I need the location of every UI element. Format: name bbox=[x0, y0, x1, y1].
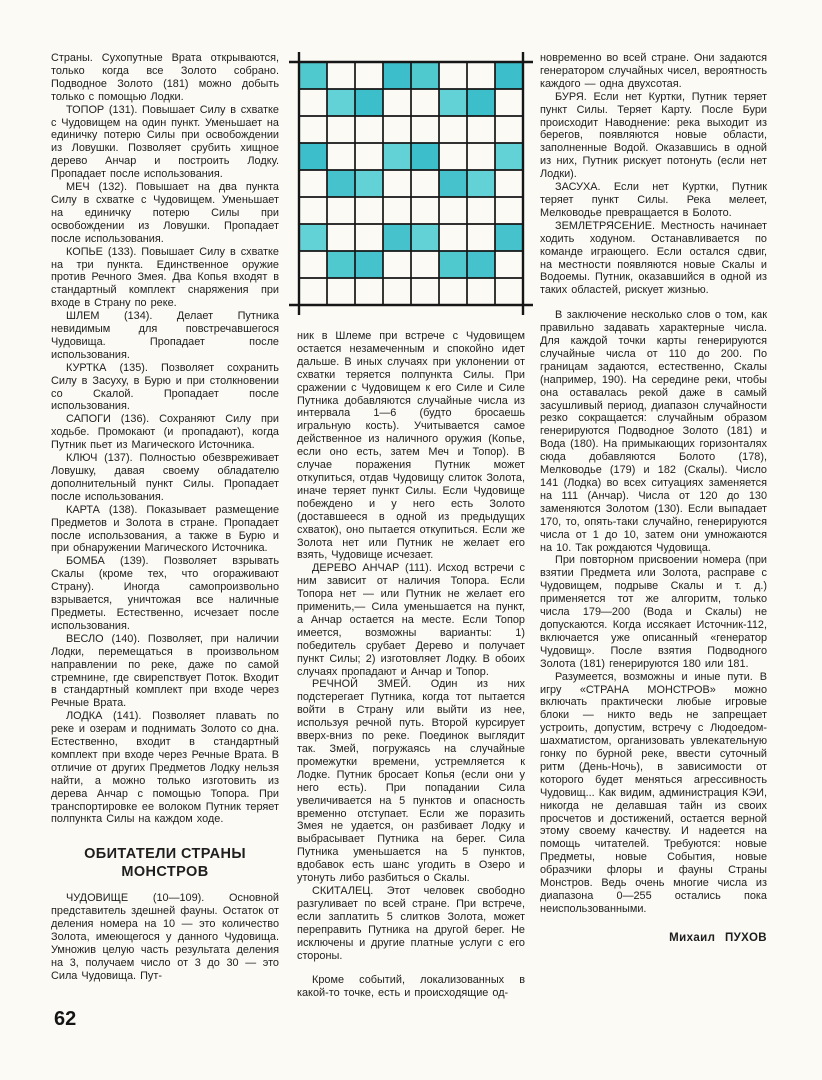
filled-cell bbox=[495, 224, 523, 251]
paragraph: ЗЕМЛЕТРЯСЕНИЕ. Местность начинает ходить… bbox=[540, 220, 767, 297]
paragraph: ЗАСУХА. Если нет Куртки, Путник теряет п… bbox=[540, 181, 767, 220]
filled-cell bbox=[411, 62, 439, 89]
filled-cell bbox=[299, 224, 327, 251]
paragraph: При повторном присвоении номера (при взя… bbox=[540, 554, 767, 670]
filled-cell bbox=[355, 89, 383, 116]
filled-cell bbox=[439, 89, 467, 116]
paragraph: ЛОДКА (141). Позволяет плавать по реке и… bbox=[51, 710, 279, 826]
paragraph: ник в Шлеме при встрече с Чудовищем оста… bbox=[297, 330, 525, 562]
section-heading: ОБИТАТЕЛИ СТРАНЫ МОНСТРОВ bbox=[51, 845, 279, 881]
column-3-body: новременно во всей стране. Они задаются … bbox=[540, 52, 767, 916]
column-1-items: Страны. Сухопутные Врата открываются, то… bbox=[51, 52, 279, 826]
paragraph: КЛЮЧ (137). Полностью обезвреживает Лову… bbox=[51, 452, 279, 504]
paragraph: ДЕРЕВО АНЧАР (111). Исход встречи с ним … bbox=[297, 562, 525, 678]
column-2-body: ник в Шлеме при встрече с Чудовищем оста… bbox=[297, 330, 525, 1000]
filled-cell bbox=[411, 143, 439, 170]
filled-cell bbox=[383, 143, 411, 170]
monster-map-grid bbox=[285, 48, 535, 318]
page-number: 62 bbox=[54, 1008, 76, 1031]
paragraph: СКИТАЛЕЦ. Этот человек свободно разгулив… bbox=[297, 885, 525, 962]
paragraph: МЕЧ (132). Повышает на два пункта Силу в… bbox=[51, 181, 279, 246]
filled-cell bbox=[495, 62, 523, 89]
paragraph: Кроме событий, локализованных в какой-то… bbox=[297, 974, 525, 1000]
filled-cell bbox=[439, 251, 467, 278]
paragraph: В заключение несколько слов о том, как п… bbox=[540, 309, 767, 554]
column-3: новременно во всей стране. Они задаются … bbox=[540, 52, 767, 1032]
paragraph: КАРТА (138). Показывает размещение Предм… bbox=[51, 504, 279, 556]
column-1: Страны. Сухопутные Врата открываются, то… bbox=[51, 52, 279, 1012]
filled-cell bbox=[327, 89, 355, 116]
paragraph: БОМБА (139). Позволяет взрывать Скалы (к… bbox=[51, 555, 279, 632]
filled-cell bbox=[467, 170, 495, 197]
filled-cell bbox=[355, 170, 383, 197]
filled-cell bbox=[411, 224, 439, 251]
paragraph: Разумеется, возможны и иные пути. В игру… bbox=[540, 671, 767, 916]
paragraph: ЧУДОВИЩЕ (10—109). Основной представител… bbox=[51, 892, 279, 982]
filled-cell bbox=[299, 62, 327, 89]
filled-cell bbox=[495, 143, 523, 170]
paragraph: САПОГИ (136). Сохраняют Силу при ходьбе.… bbox=[51, 413, 279, 452]
filled-cell bbox=[327, 170, 355, 197]
paragraph: ТОПОР (131). Повышает Силу в схватке с Ч… bbox=[51, 104, 279, 181]
paragraph: РЕЧНОЙ ЗМЕЙ. Один из них подстерегает Пу… bbox=[297, 678, 525, 885]
filled-cell bbox=[439, 170, 467, 197]
paragraph: КОПЬЕ (133). Повышает Силу в схватке на … bbox=[51, 246, 279, 311]
paragraph: ШЛЕМ (134). Делает Путника невидимым для… bbox=[51, 310, 279, 362]
paragraph: КУРТКА (135). Позволяет сохранить Силу в… bbox=[51, 362, 279, 414]
filled-cell bbox=[299, 143, 327, 170]
magazine-page: Страны. Сухопутные Врата открываются, то… bbox=[0, 0, 822, 1080]
paragraph: ВЕСЛО (140). Позволяет, при наличии Лодк… bbox=[51, 633, 279, 710]
column-1-after-heading: ЧУДОВИЩЕ (10—109). Основной представител… bbox=[51, 892, 279, 982]
author-byline: Михаил ПУХОВ bbox=[540, 932, 767, 945]
filled-cell bbox=[467, 251, 495, 278]
filled-cell bbox=[467, 89, 495, 116]
paragraph: новременно во всей стране. Они задаются … bbox=[540, 52, 767, 91]
paragraph: Страны. Сухопутные Врата открываются, то… bbox=[51, 52, 279, 104]
column-2: ник в Шлеме при встрече с Чудовищем оста… bbox=[297, 330, 525, 1030]
filled-cell bbox=[383, 62, 411, 89]
filled-cell bbox=[383, 224, 411, 251]
filled-cell bbox=[355, 251, 383, 278]
filled-cell bbox=[327, 251, 355, 278]
paragraph: БУРЯ. Если нет Куртки, Путник теряет пун… bbox=[540, 91, 767, 181]
